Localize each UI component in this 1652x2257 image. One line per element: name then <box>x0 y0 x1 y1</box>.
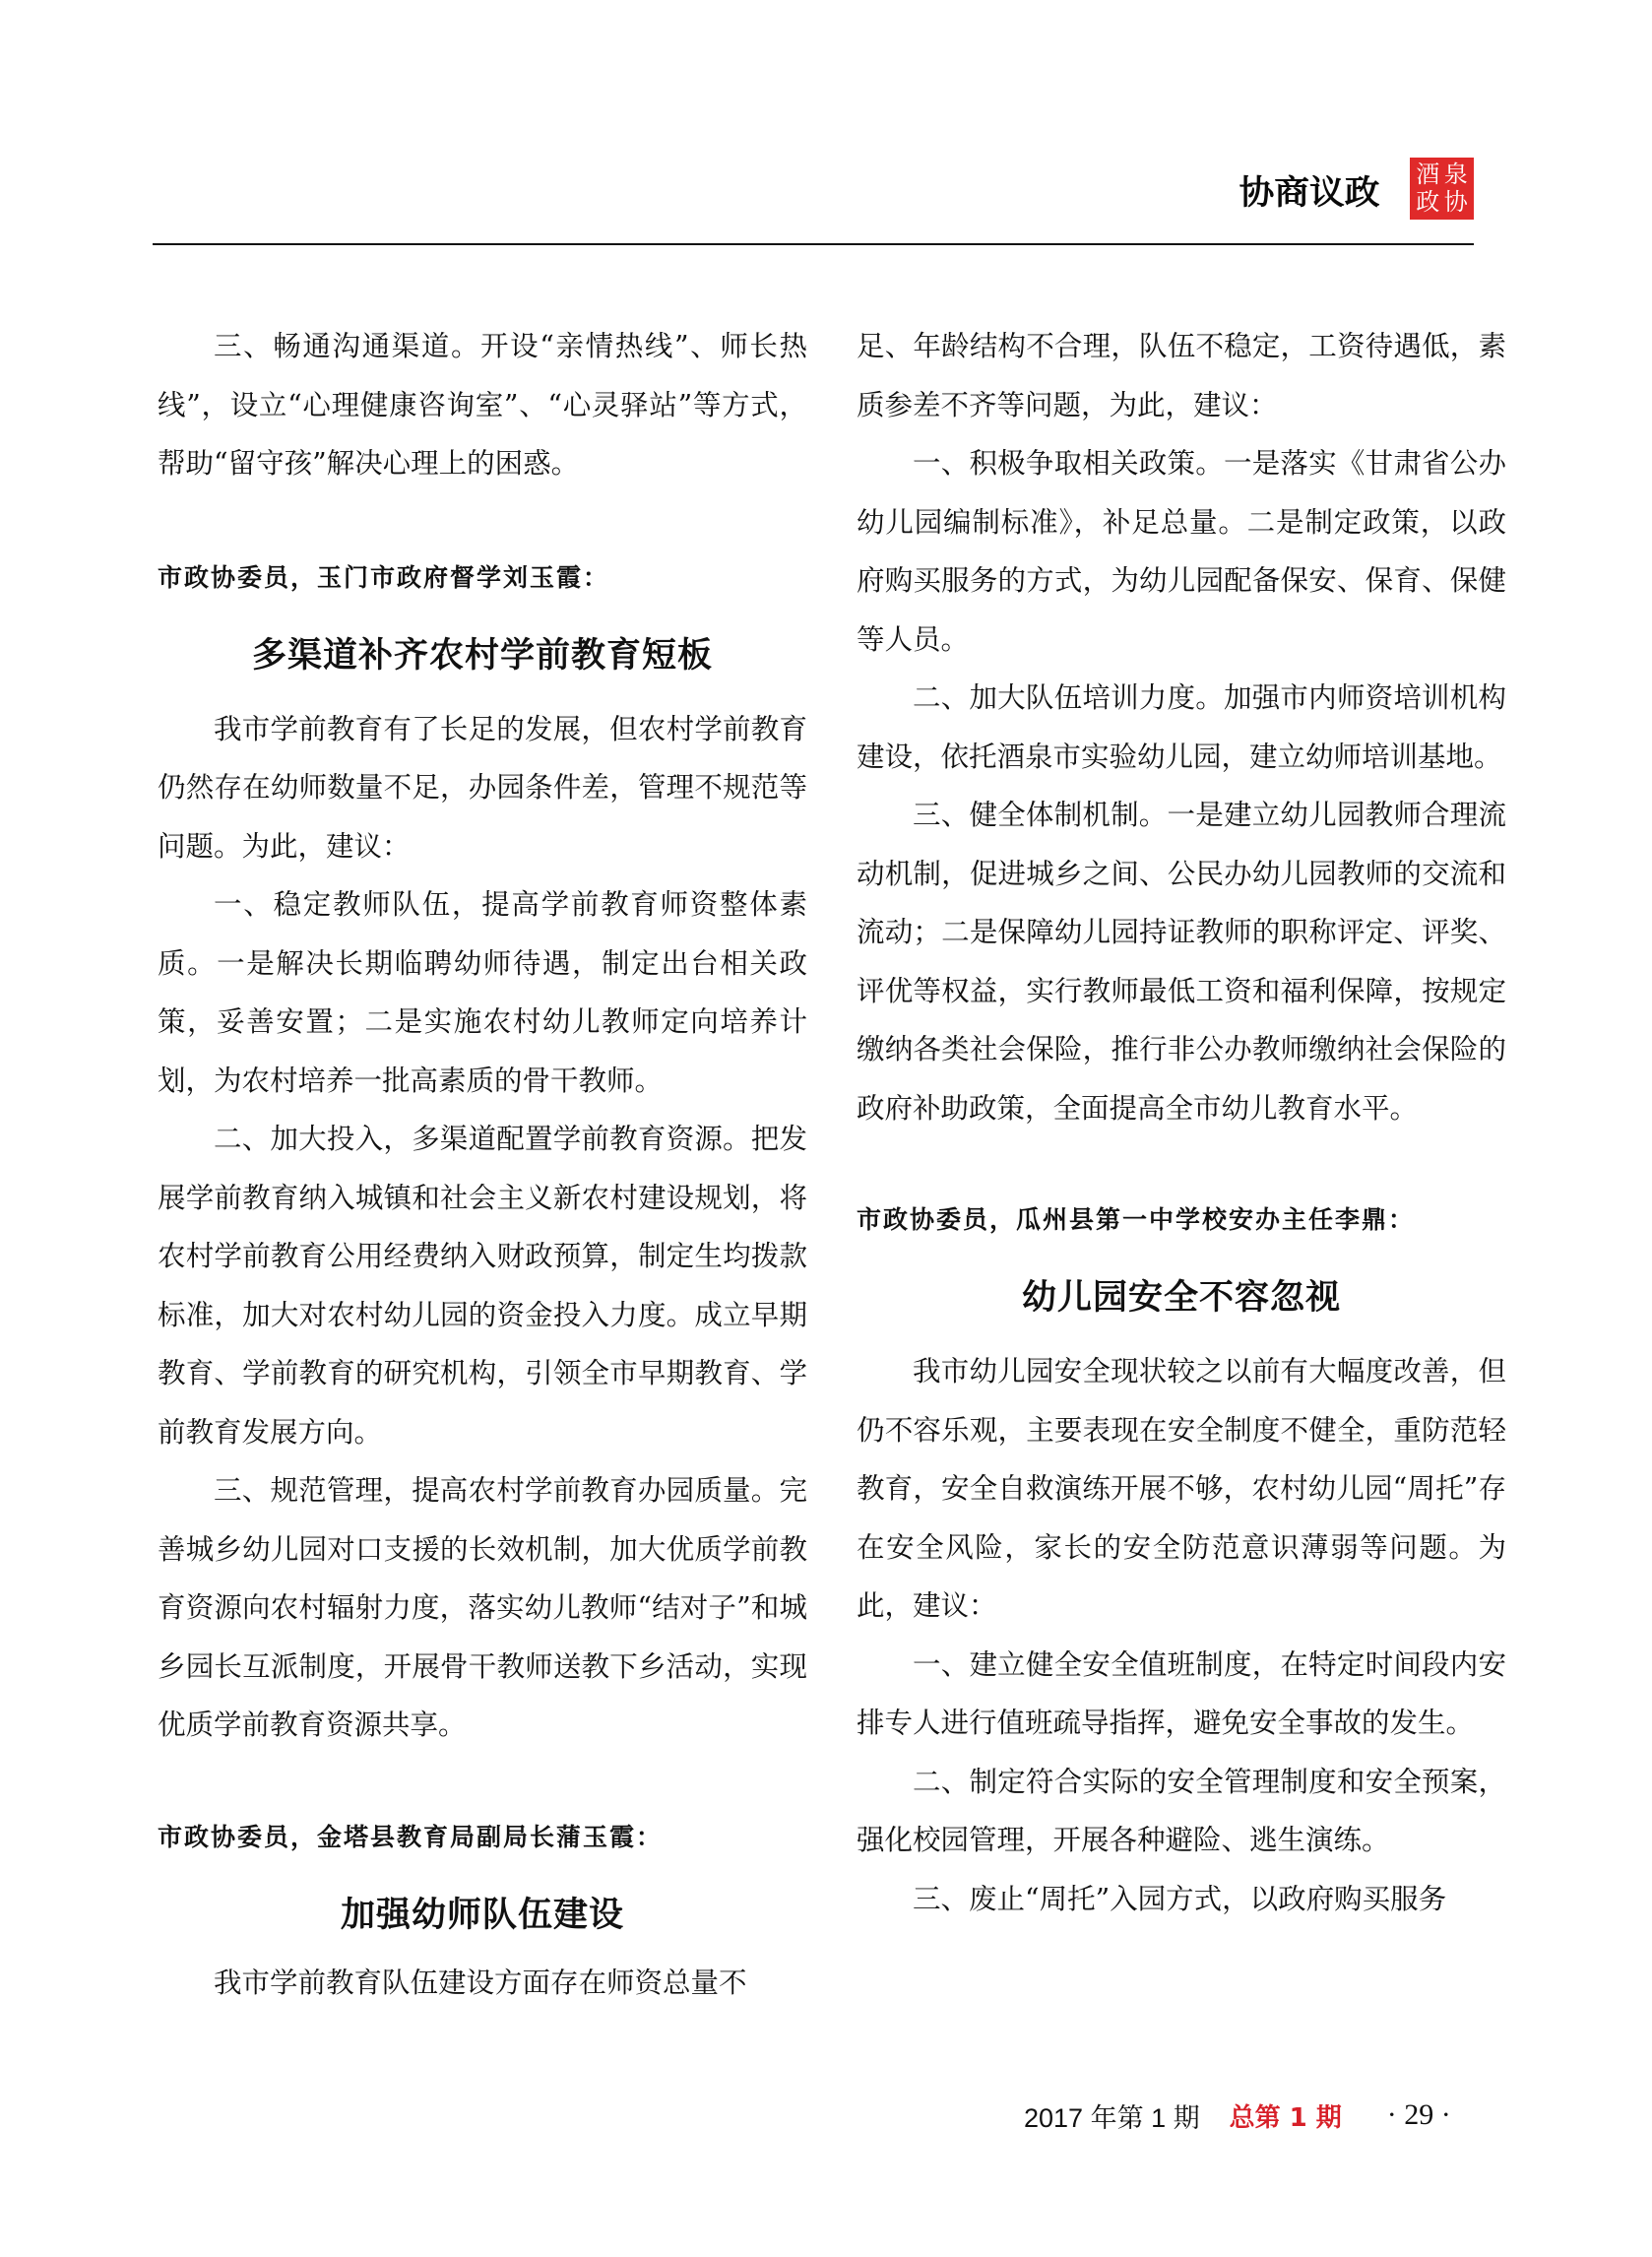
article-title: 幼儿园安全不容忽视 <box>857 1273 1506 1322</box>
speaker-label: 市政协委员，玉门市政府督学刘玉霞： <box>158 558 807 598</box>
paragraph: 三、健全体制机制。一是建立幼儿园教师合理流动机制，促进城乡之间、公民办幼儿园教师… <box>857 786 1506 1137</box>
seal-char: 酒 <box>1414 161 1442 189</box>
paragraph: 足、年龄结构不合理，队伍不稳定，工资待遇低，素质参差不齐等问题，为此，建议： <box>857 317 1506 434</box>
paragraph: 我市幼儿园安全现状较之以前有大幅度改善，但仍不容乐观，主要表现在安全制度不健全，… <box>857 1342 1506 1636</box>
speaker-label: 市政协委员，瓜州县第一中学校安办主任李鼎： <box>857 1200 1506 1240</box>
right-column: 足、年龄结构不合理，队伍不稳定，工资待遇低，素质参差不齐等问题，为此，建议： 一… <box>857 317 1506 1928</box>
header-rule <box>153 243 1474 245</box>
paragraph: 一、积极争取相关政策。一是落实《甘肃省公办幼儿园编制标准》，补足总量。二是制定政… <box>857 434 1506 669</box>
seal-char: 政 <box>1414 189 1442 217</box>
article-title: 加强幼师队伍建设 <box>158 1891 807 1940</box>
left-column: 三、畅通沟通渠道。开设“亲情热线”、师长热线”，设立“心理健康咨询室”、“心灵驿… <box>158 317 807 2012</box>
paragraph: 我市学前教育队伍建设方面存在师资总量不 <box>158 1954 807 2013</box>
seal-char: 泉 <box>1442 161 1471 189</box>
page-number: · 29 · <box>1387 2098 1451 2132</box>
seal-logo: 酒 泉 政 协 <box>1410 158 1474 220</box>
paragraph: 一、建立健全安全值班制度，在特定时间段内安排专人进行值班疏导指挥，避免安全事故的… <box>857 1636 1506 1753</box>
paragraph: 三、畅通沟通渠道。开设“亲情热线”、师长热线”，设立“心理健康咨询室”、“心灵驿… <box>158 317 807 493</box>
section-title: 协商议政 <box>1239 165 1380 214</box>
paragraph: 二、制定符合实际的安全管理制度和安全预案，强化校园管理，开展各种避险、逃生演练。 <box>857 1753 1506 1870</box>
article-title: 多渠道补齐农村学前教育短板 <box>158 631 807 680</box>
paragraph: 二、加大投入，多渠道配置学前教育资源。把发展学前教育纳入城镇和社会主义新农村建设… <box>158 1110 807 1461</box>
paragraph: 我市学前教育有了长足的发展，但农村学前教育仍然存在幼师数量不足，办园条件差，管理… <box>158 700 807 876</box>
paragraph: 二、加大队伍培训力度。加强市内师资培训机构建设，依托酒泉市实验幼儿园，建立幼师培… <box>857 669 1506 786</box>
speaker-label: 市政协委员，金塔县教育局副局长蒲玉霞： <box>158 1818 807 1857</box>
page-footer: 2017 年第 1 期 总第 1 期 · 29 · <box>1024 2096 1451 2135</box>
issue-label: 2017 年第 1 期 <box>1024 2096 1200 2135</box>
total-issue-label: 总第 1 期 <box>1230 2097 1342 2134</box>
paragraph: 三、废止“周托”入园方式，以政府购买服务 <box>857 1870 1506 1929</box>
paragraph: 三、规范管理，提高农村学前教育办园质量。完善城乡幼儿园对口支援的长效机制，加大优… <box>158 1461 807 1755</box>
paragraph: 一、稳定教师队伍，提高学前教育师资整体素质。一是解决长期临聘幼师待遇，制定出台相… <box>158 875 807 1110</box>
seal-char: 协 <box>1442 189 1471 217</box>
